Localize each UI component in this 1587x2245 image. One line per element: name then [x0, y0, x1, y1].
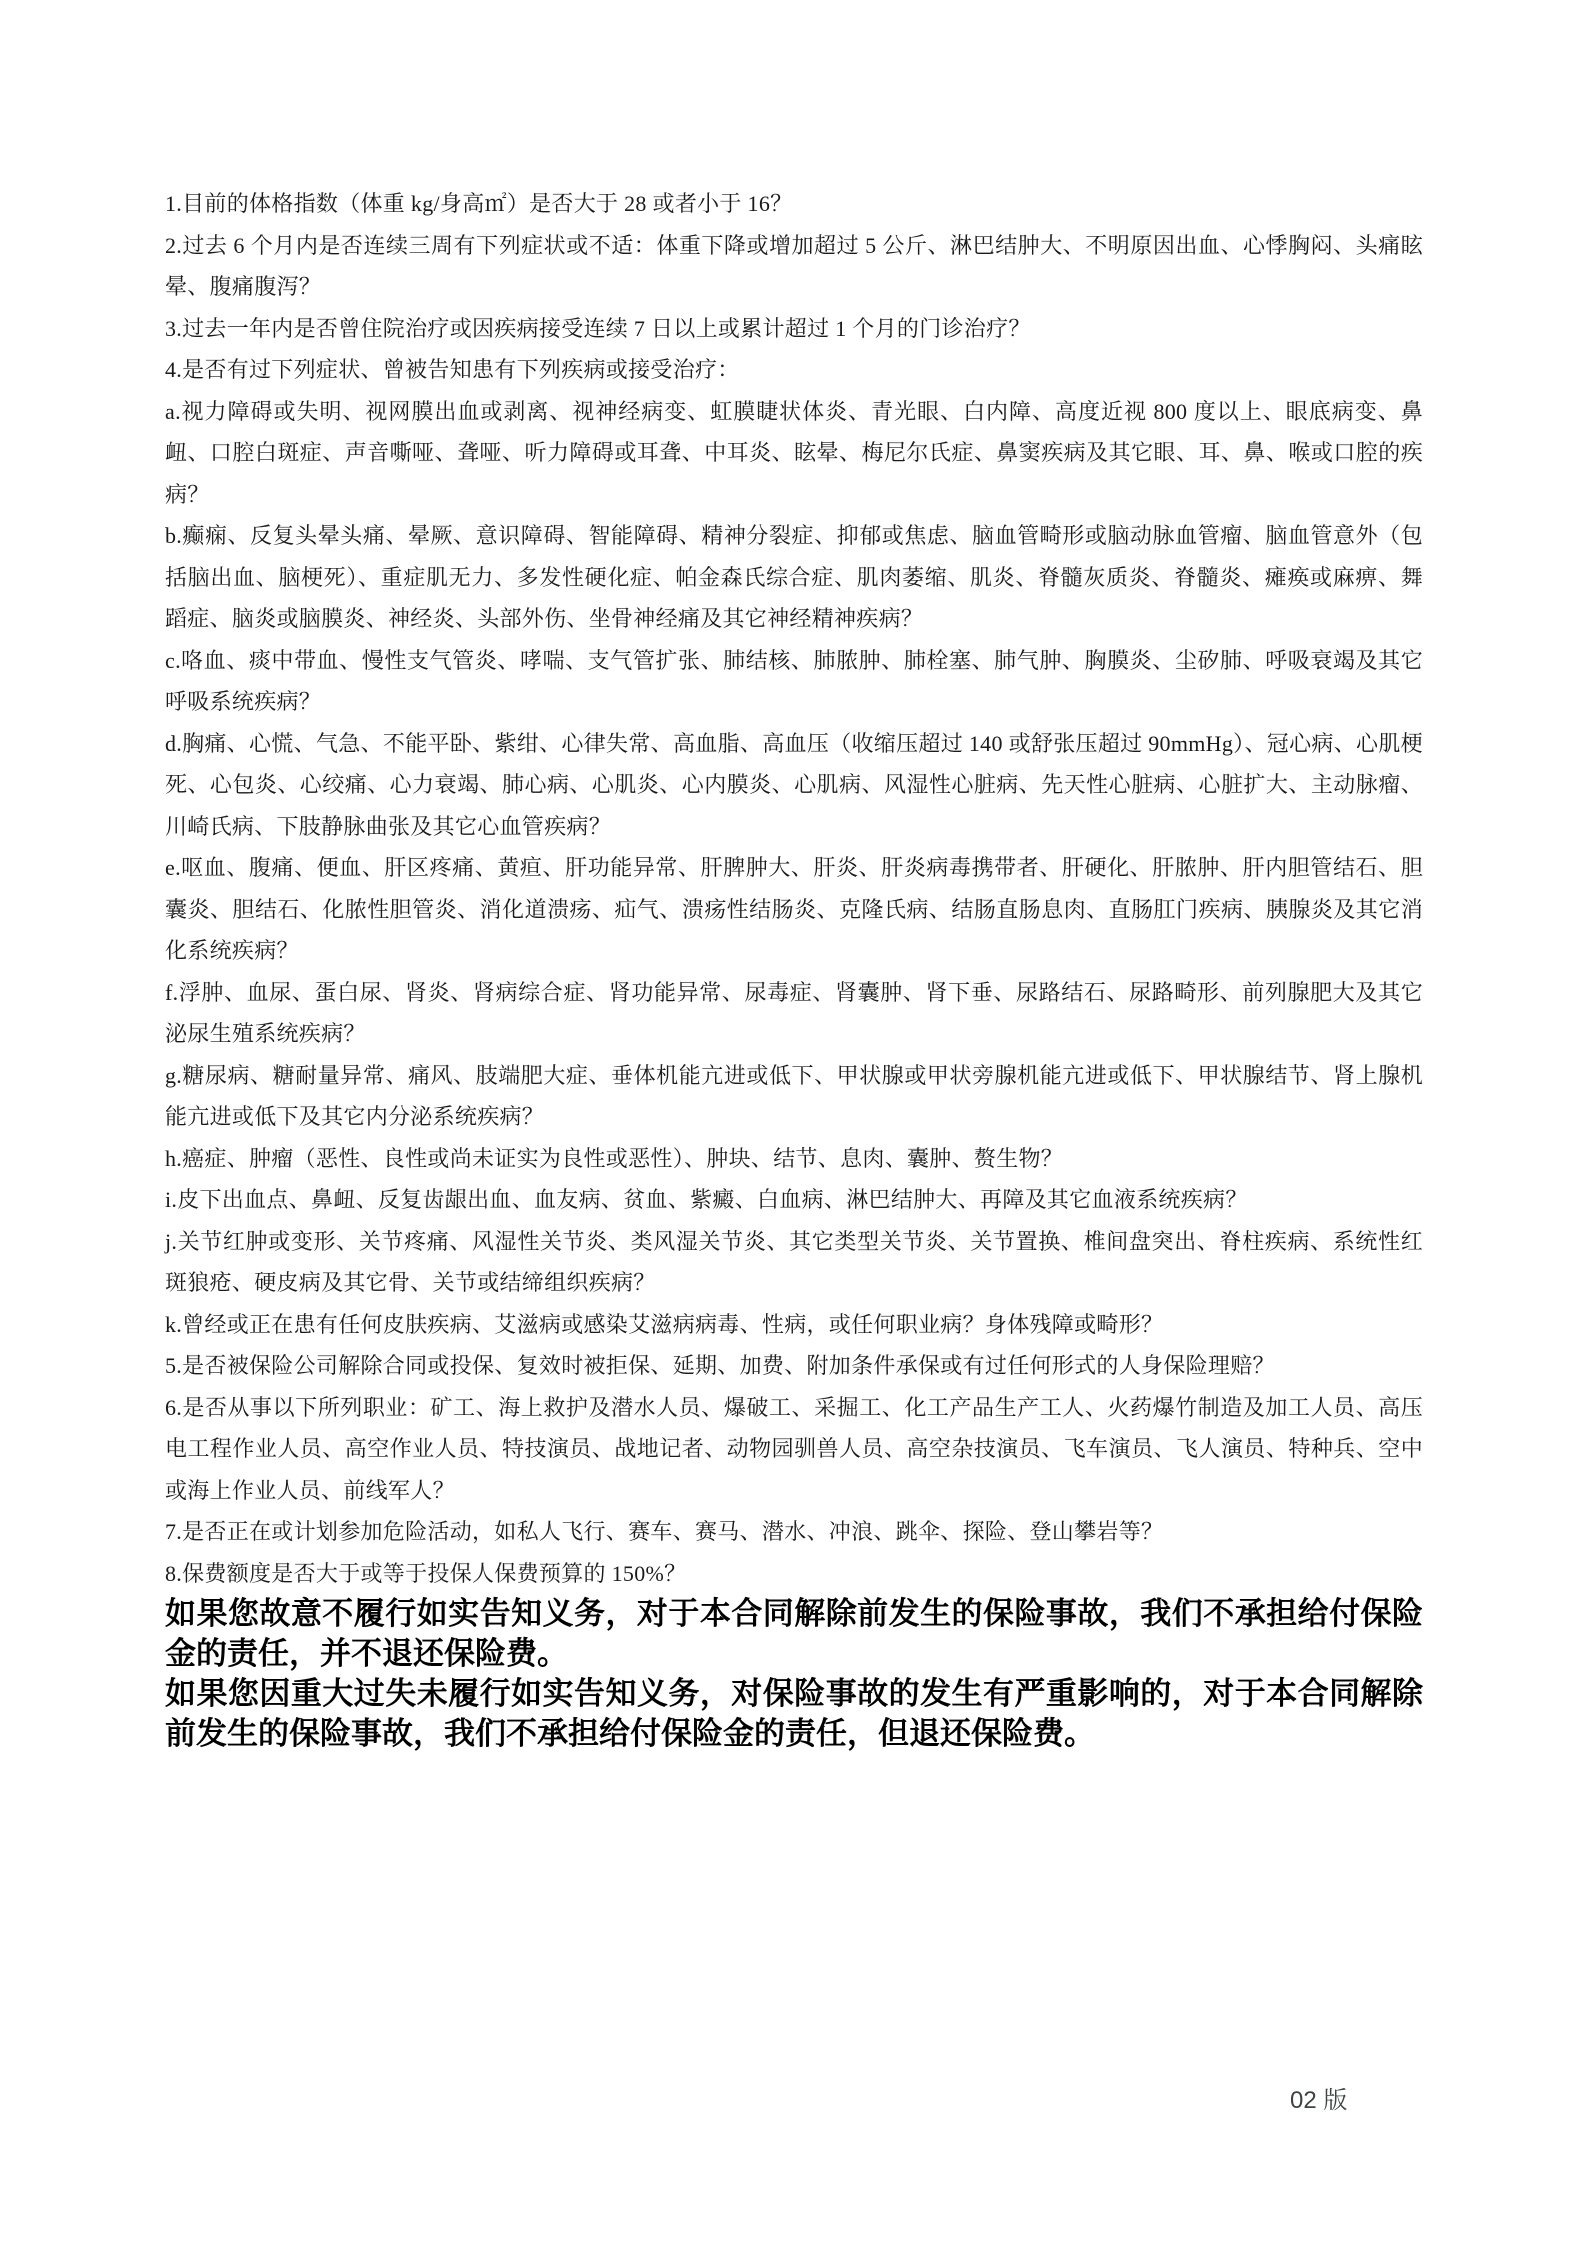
question-item-4d: d.胸痛、心慌、气急、不能平卧、紫绀、心律失常、高血脂、高血压（收缩压超过 14…: [165, 723, 1423, 848]
question-item-6: 6.是否从事以下所列职业：矿工、海上救护及潜水人员、爆破工、采掘工、化工产品生产…: [165, 1387, 1423, 1512]
document-page: 1.目前的体格指数（体重 kg/身高㎡）是否大于 28 或者小于 16？ 2.过…: [0, 0, 1587, 2245]
question-item-8: 8.保费额度是否大于或等于投保人保费预算的 150%？: [165, 1553, 1423, 1595]
question-item-4j: j.关节红肿或变形、关节疼痛、风湿性关节炎、类风湿关节炎、其它类型关节炎、关节置…: [165, 1221, 1423, 1304]
question-item-4: 4.是否有过下列症状、曾被告知患有下列疾病或接受治疗：: [165, 349, 1423, 391]
notice-gross-negligence: 如果您因重大过失未履行如实告知义务，对保险事故的发生有严重影响的，对于本合同解除…: [165, 1674, 1423, 1754]
question-item-5: 5.是否被保险公司解除合同或投保、复效时被拒保、延期、加费、附加条件承保或有过任…: [165, 1345, 1423, 1387]
notice-intentional-breach: 如果您故意不履行如实告知义务，对于本合同解除前发生的保险事故，我们不承担给付保险…: [165, 1594, 1423, 1674]
question-item-4f: f.浮肿、血尿、蛋白尿、肾炎、肾病综合症、肾功能异常、尿毒症、肾囊肿、肾下垂、尿…: [165, 972, 1423, 1055]
question-item-2: 2.过去 6 个月内是否连续三周有下列症状或不适：体重下降或增加超过 5 公斤、…: [165, 225, 1423, 308]
question-item-3: 3.过去一年内是否曾住院治疗或因疾病接受连续 7 日以上或累计超过 1 个月的门…: [165, 308, 1423, 350]
page-version-label: 02 版: [1290, 2080, 1347, 2115]
question-item-4a: a.视力障碍或失明、视网膜出血或剥离、视神经病变、虹膜睫状体炎、青光眼、白内障、…: [165, 391, 1423, 516]
question-item-7: 7.是否正在或计划参加危险活动，如私人飞行、赛车、赛马、潜水、冲浪、跳伞、探险、…: [165, 1511, 1423, 1553]
question-item-4b: b.癫痫、反复头晕头痛、晕厥、意识障碍、智能障碍、精神分裂症、抑郁或焦虑、脑血管…: [165, 515, 1423, 640]
question-item-4k: k.曾经或正在患有任何皮肤疾病、艾滋病或感染艾滋病病毒、性病，或任何职业病？身体…: [165, 1304, 1423, 1346]
question-item-4i: i.皮下出血点、鼻衄、反复齿龈出血、血友病、贫血、紫癜、白血病、淋巴结肿大、再障…: [165, 1179, 1423, 1221]
question-item-4c: c.咯血、痰中带血、慢性支气管炎、哮喘、支气管扩张、肺结核、肺脓肿、肺栓塞、肺气…: [165, 640, 1423, 723]
question-item-4e: e.呕血、腹痛、便血、肝区疼痛、黄疸、肝功能异常、肝脾肿大、肝炎、肝炎病毒携带者…: [165, 847, 1423, 972]
health-questionnaire: 1.目前的体格指数（体重 kg/身高㎡）是否大于 28 或者小于 16？ 2.过…: [165, 183, 1423, 1754]
question-item-4g: g.糖尿病、糖耐量异常、痛风、肢端肥大症、垂体机能亢进或低下、甲状腺或甲状旁腺机…: [165, 1055, 1423, 1138]
question-item-4h: h.癌症、肿瘤（恶性、良性或尚未证实为良性或恶性）、肿块、结节、息肉、囊肿、赘生…: [165, 1138, 1423, 1180]
question-item-1: 1.目前的体格指数（体重 kg/身高㎡）是否大于 28 或者小于 16？: [165, 183, 1423, 225]
